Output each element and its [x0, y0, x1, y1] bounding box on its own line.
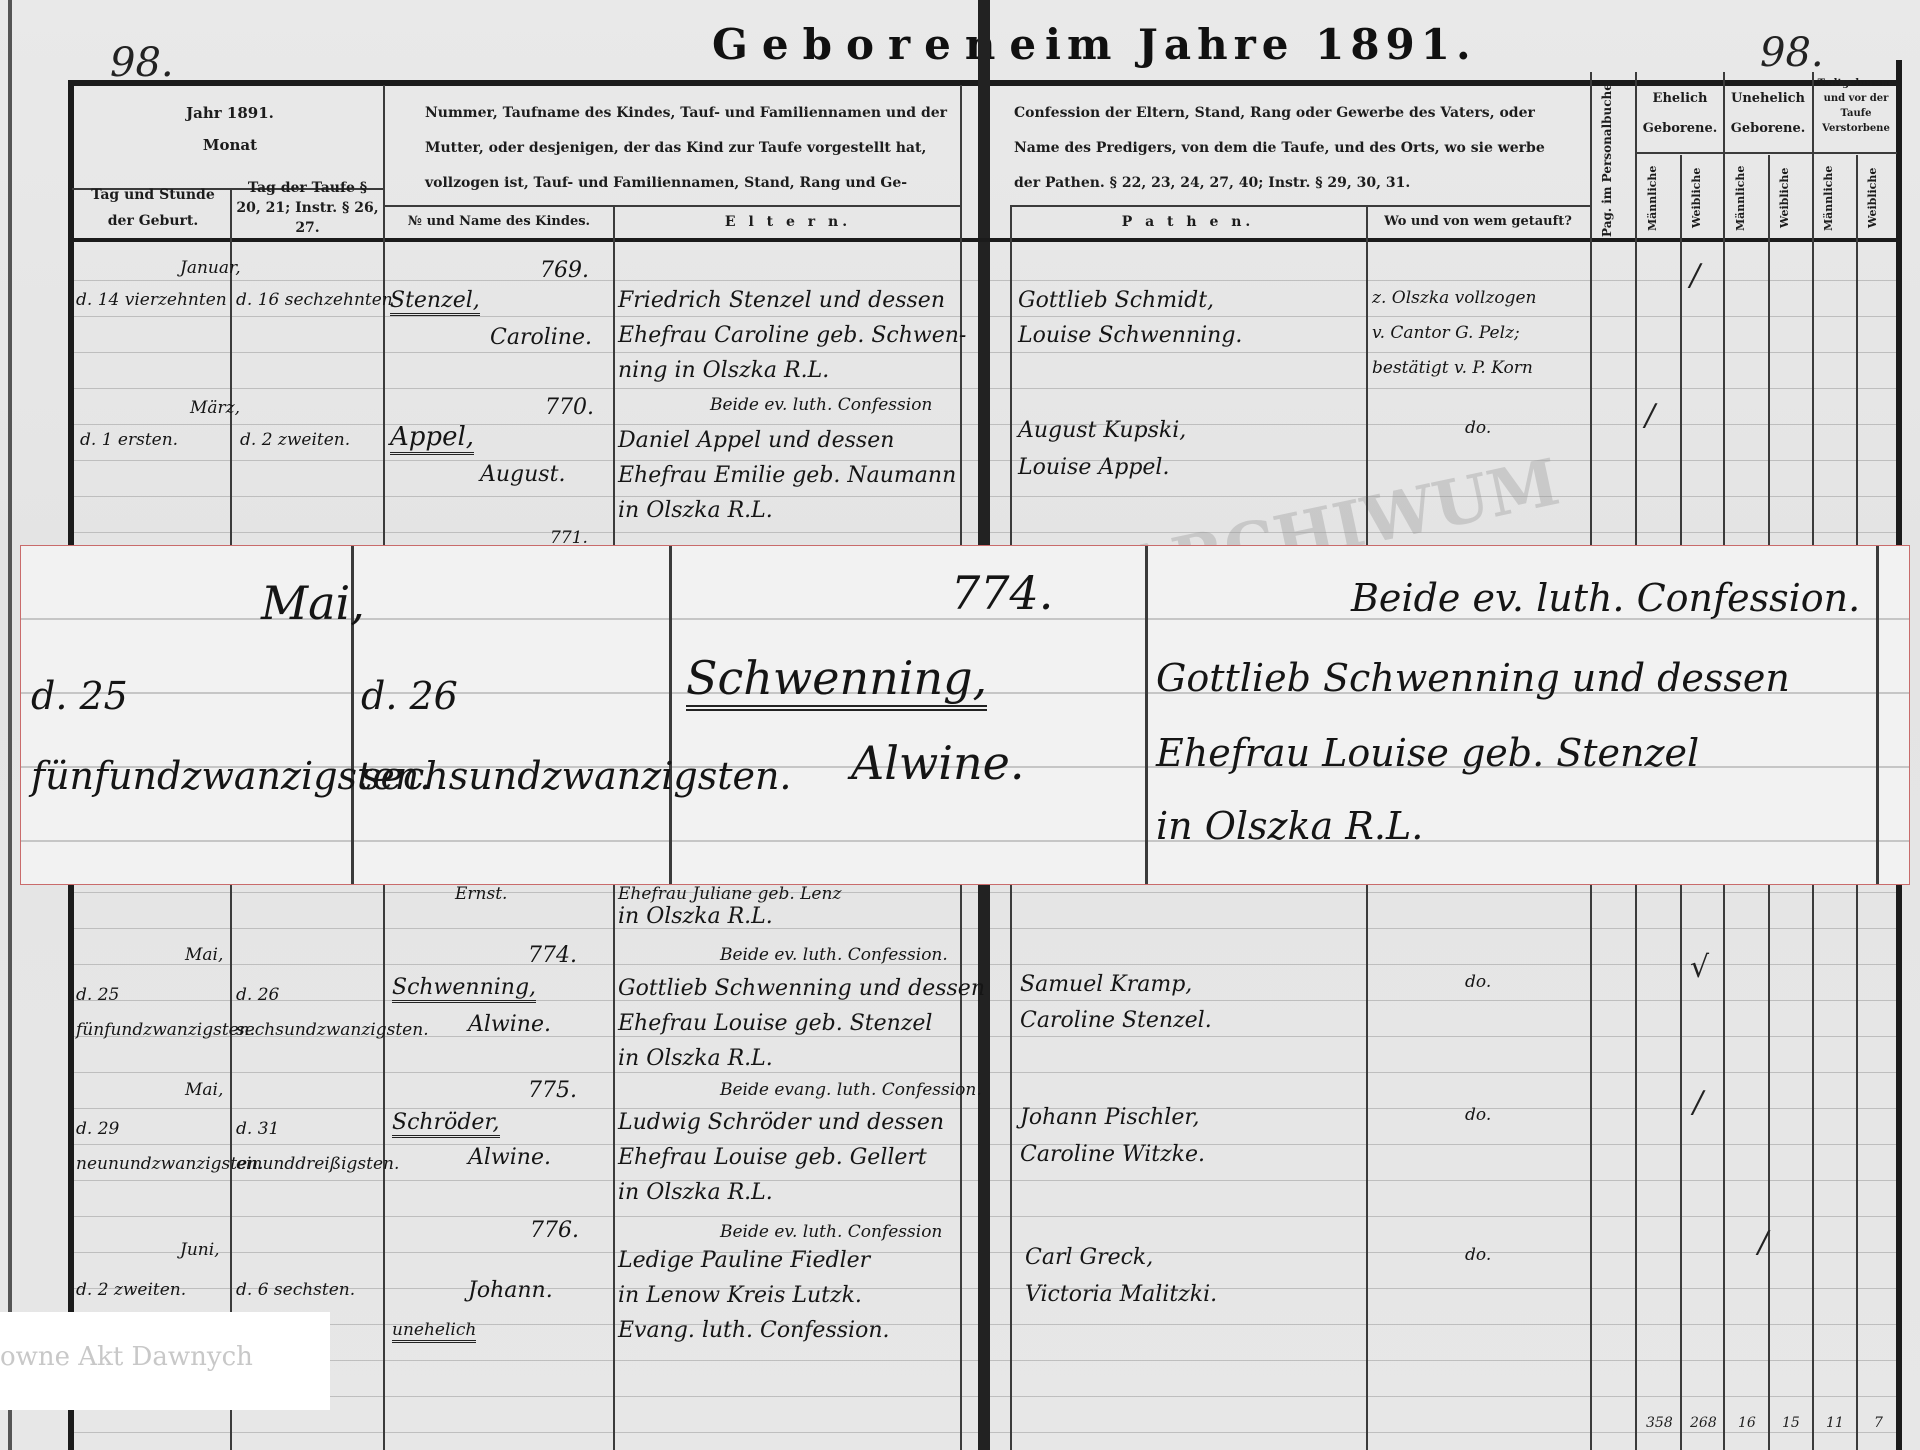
entry-surname: Schwenning, — [392, 975, 536, 1003]
header-child: № und Name des Kindes. — [386, 210, 612, 234]
entry-baptism-date: d. 26 sechsundzwanzigsten. — [236, 978, 381, 1048]
entry-where: do. — [1465, 418, 1491, 438]
entry-month: Juni, — [180, 1240, 220, 1260]
tally-mark: / — [1690, 258, 1700, 293]
entry-number: 776. — [530, 1218, 579, 1243]
header-stillborn: Todtgeborene und vor der Taufe Verstorbe… — [1814, 76, 1898, 136]
mag-baptism-date: d. 26 sechsundzwanzigsten. — [361, 656, 666, 816]
entry-month: Mai, — [185, 1080, 223, 1100]
entry-given-name: Alwine. — [468, 1145, 551, 1170]
entry-parents-line: Ehefrau Emilie geb. Naumann — [618, 463, 956, 488]
mag-parents-line: Gottlieb Schwenning und dessen — [1156, 656, 1790, 700]
header-illegit-male: Männliche — [1734, 160, 1760, 236]
header-parents: E l t e r n. — [616, 210, 960, 234]
entry-parents-partial: Ehefrau Juliane geb. Lenz — [618, 884, 841, 904]
mag-col-line — [1145, 546, 1148, 884]
rule-godparents — [1010, 205, 1590, 207]
total-legit-male: 358 — [1646, 1415, 1673, 1431]
mag-confession: Beide ev. luth. Confession. — [1351, 576, 1860, 620]
entry-godparent: Victoria Malitzki. — [1025, 1282, 1217, 1307]
entry-parents-line: Friedrich Stenzel und dessen — [618, 288, 945, 313]
header-still-male: Männliche — [1822, 160, 1848, 236]
header-child-parents: Nummer, Taufname des Kindes, Tauf- und F… — [425, 96, 955, 201]
entry-parents-line: in Olszka R.L. — [618, 1046, 773, 1071]
entry-godparent: Johann Pischler, — [1020, 1105, 1199, 1130]
entry-baptism-date: d. 6 sechsten. — [236, 1280, 355, 1300]
mag-col-line — [669, 546, 672, 884]
entry-given-name: Johann. — [468, 1278, 553, 1303]
entry-birth-date: d. 1 ersten. — [80, 430, 178, 450]
entry-surname: Stenzel, — [390, 288, 480, 316]
entry-surname: Schröder, — [392, 1110, 500, 1138]
entry-where: bestätigt v. P. Korn — [1372, 358, 1533, 378]
entry-confession: Beide ev. luth. Confession — [710, 395, 932, 415]
header-legit: Ehelich Geborene. — [1637, 84, 1723, 144]
magnified-entry-overlay: Mai, d. 25 fünfundzwanzigsten. d. 26 sec… — [20, 545, 1910, 885]
entry-given-name: August. — [480, 462, 565, 487]
total-illegit-female: 15 — [1782, 1415, 1800, 1431]
entry-godparent: Samuel Kramp, — [1020, 972, 1192, 997]
entry-parents-line: in Olszka R.L. — [618, 1180, 773, 1205]
header-illegit: Unehelich Geborene. — [1725, 84, 1811, 144]
entry-baptism-date: d. 16 sechzehnten — [236, 290, 393, 310]
entry-baptism-date: d. 2 zweiten. — [240, 430, 350, 450]
entry-confession: Beide evang. luth. Confession. — [720, 1080, 982, 1100]
tally-mark: / — [1645, 398, 1655, 433]
entry-where: do. — [1465, 1245, 1491, 1265]
entry-surname: unehelich — [392, 1320, 476, 1343]
watermark-text: owne Akt Dawnych — [0, 1342, 253, 1372]
entry-where: z. Olszka vollzogen — [1372, 288, 1536, 308]
entry-given-partial: Ernst. — [455, 884, 507, 904]
header-illegit-female: Weibliche — [1778, 160, 1804, 236]
entry-parents-line: Ludwig Schröder und dessen — [618, 1110, 944, 1135]
page-number-right: 98. — [1760, 30, 1824, 76]
header-godparents: P a t h e n. — [1012, 210, 1364, 234]
entry-godparent: Louise Schwenning. — [1018, 323, 1242, 348]
mag-given-name: Alwine. — [851, 736, 1025, 790]
header-still-female: Weibliche — [1866, 160, 1892, 236]
entry-where: do. — [1465, 972, 1491, 992]
entry-birth-date: d. 25 fünfundzwanzigsten. — [76, 978, 228, 1048]
entry-parents-line: Ledige Pauline Fiedler — [618, 1248, 870, 1273]
entry-number: 775. — [528, 1078, 577, 1103]
page-edge — [8, 0, 12, 1450]
register-page: ARCHIWUM 98. Geborene im Jahre 1891. 98.… — [0, 0, 1920, 1450]
total-still-female: 7 — [1874, 1415, 1883, 1431]
entry-godparent: August Kupski, — [1018, 418, 1186, 443]
header-pag: Pag. im Personalbuche — [1600, 80, 1626, 240]
entry-godparent: Louise Appel. — [1018, 455, 1169, 480]
entry-where: do. — [1465, 1105, 1491, 1125]
entry-godparent: Caroline Witzke. — [1020, 1142, 1205, 1167]
header-birth-day: Tag und Stunde der Geburt. — [78, 182, 228, 234]
mag-birth-date: d. 25 fünfundzwanzigsten. — [31, 656, 351, 816]
header-legit-female: Weibliche — [1690, 160, 1716, 236]
tally-mark: / — [1758, 1225, 1768, 1260]
mag-col-line — [1876, 546, 1879, 884]
entry-godparent: Carl Greck, — [1025, 1245, 1153, 1270]
entry-number: 774. — [528, 943, 577, 968]
archive-watermark: owne Akt Dawnych — [0, 1312, 330, 1410]
entry-confession: Beide ev. luth. Confession — [720, 1222, 942, 1242]
mag-parents-line: Ehefrau Louise geb. Stenzel — [1156, 731, 1699, 775]
header-where-baptized: Wo und von wem getauft? — [1368, 210, 1588, 234]
header-month: Monat — [80, 128, 380, 163]
tally-mark: √ — [1690, 950, 1709, 985]
header-confession: Confession der Eltern, Stand, Rang oder … — [1014, 96, 1574, 201]
entry-surname: Appel, — [390, 422, 474, 455]
entry-month: Januar, — [180, 258, 241, 278]
entry-godparent: Caroline Stenzel. — [1020, 1008, 1212, 1033]
entry-birth-date: d. 14 vierzehnten — [76, 290, 227, 310]
entry-given-name: Alwine. — [468, 1012, 551, 1037]
total-illegit-male: 16 — [1738, 1415, 1756, 1431]
entry-number: 770. — [545, 395, 594, 420]
entry-number: 769. — [540, 258, 589, 283]
rule-sex — [1635, 152, 1897, 154]
entry-parents-line: in Lenow Kreis Lutzk. — [618, 1283, 862, 1308]
entry-month: März, — [190, 398, 240, 418]
entry-given-name: Caroline. — [490, 325, 592, 350]
header-legit-male: Männliche — [1646, 160, 1672, 236]
entry-parents-line: ning in Olszka R.L. — [618, 358, 829, 383]
entry-parents-partial: in Olszka R.L. — [618, 904, 773, 929]
entry-godparent: Gottlieb Schmidt, — [1018, 288, 1214, 313]
entry-parents-line: Ehefrau Caroline geb. Schwen- — [618, 323, 966, 348]
entry-parents-line: in Olszka R.L. — [618, 498, 773, 523]
mag-surname: Schwenning, — [686, 651, 987, 711]
header-baptism-day: Tag der Taufe § 20, 21; Instr. § 26, 27. — [235, 178, 380, 238]
entry-birth-date: d. 2 zweiten. — [76, 1280, 186, 1300]
title-left: Geborene — [712, 20, 1050, 69]
entry-confession: Beide ev. luth. Confession. — [720, 945, 948, 965]
rule-child-parents — [384, 205, 960, 207]
entry-parents-line: Evang. luth. Confession. — [618, 1318, 889, 1343]
entry-parents-line: Daniel Appel und dessen — [618, 428, 894, 453]
entry-birth-date: d. 29 neunundzwanzigsten. — [76, 1112, 228, 1182]
mag-month: Mai, — [261, 576, 365, 630]
total-legit-female: 268 — [1690, 1415, 1717, 1431]
entry-parents-line: Ehefrau Louise geb. Gellert — [618, 1145, 927, 1170]
entry-parents-line: Gottlieb Schwenning und dessen — [618, 976, 985, 1001]
mag-parents-line: in Olszka R.L. — [1156, 804, 1423, 848]
entry-parents-line: Ehefrau Louise geb. Stenzel — [618, 1011, 932, 1036]
entry-month: Mai, — [185, 945, 223, 965]
title-right: im Jahre 1891. — [1045, 20, 1477, 69]
mag-number: 774. — [951, 566, 1053, 620]
entry-baptism-date: d. 31 einunddreißigsten. — [236, 1112, 381, 1182]
header-year: Jahr 1891. — [80, 96, 380, 131]
tally-mark: / — [1693, 1085, 1703, 1120]
total-still-male: 11 — [1826, 1415, 1844, 1431]
entry-where: v. Cantor G. Pelz; — [1372, 323, 1520, 343]
